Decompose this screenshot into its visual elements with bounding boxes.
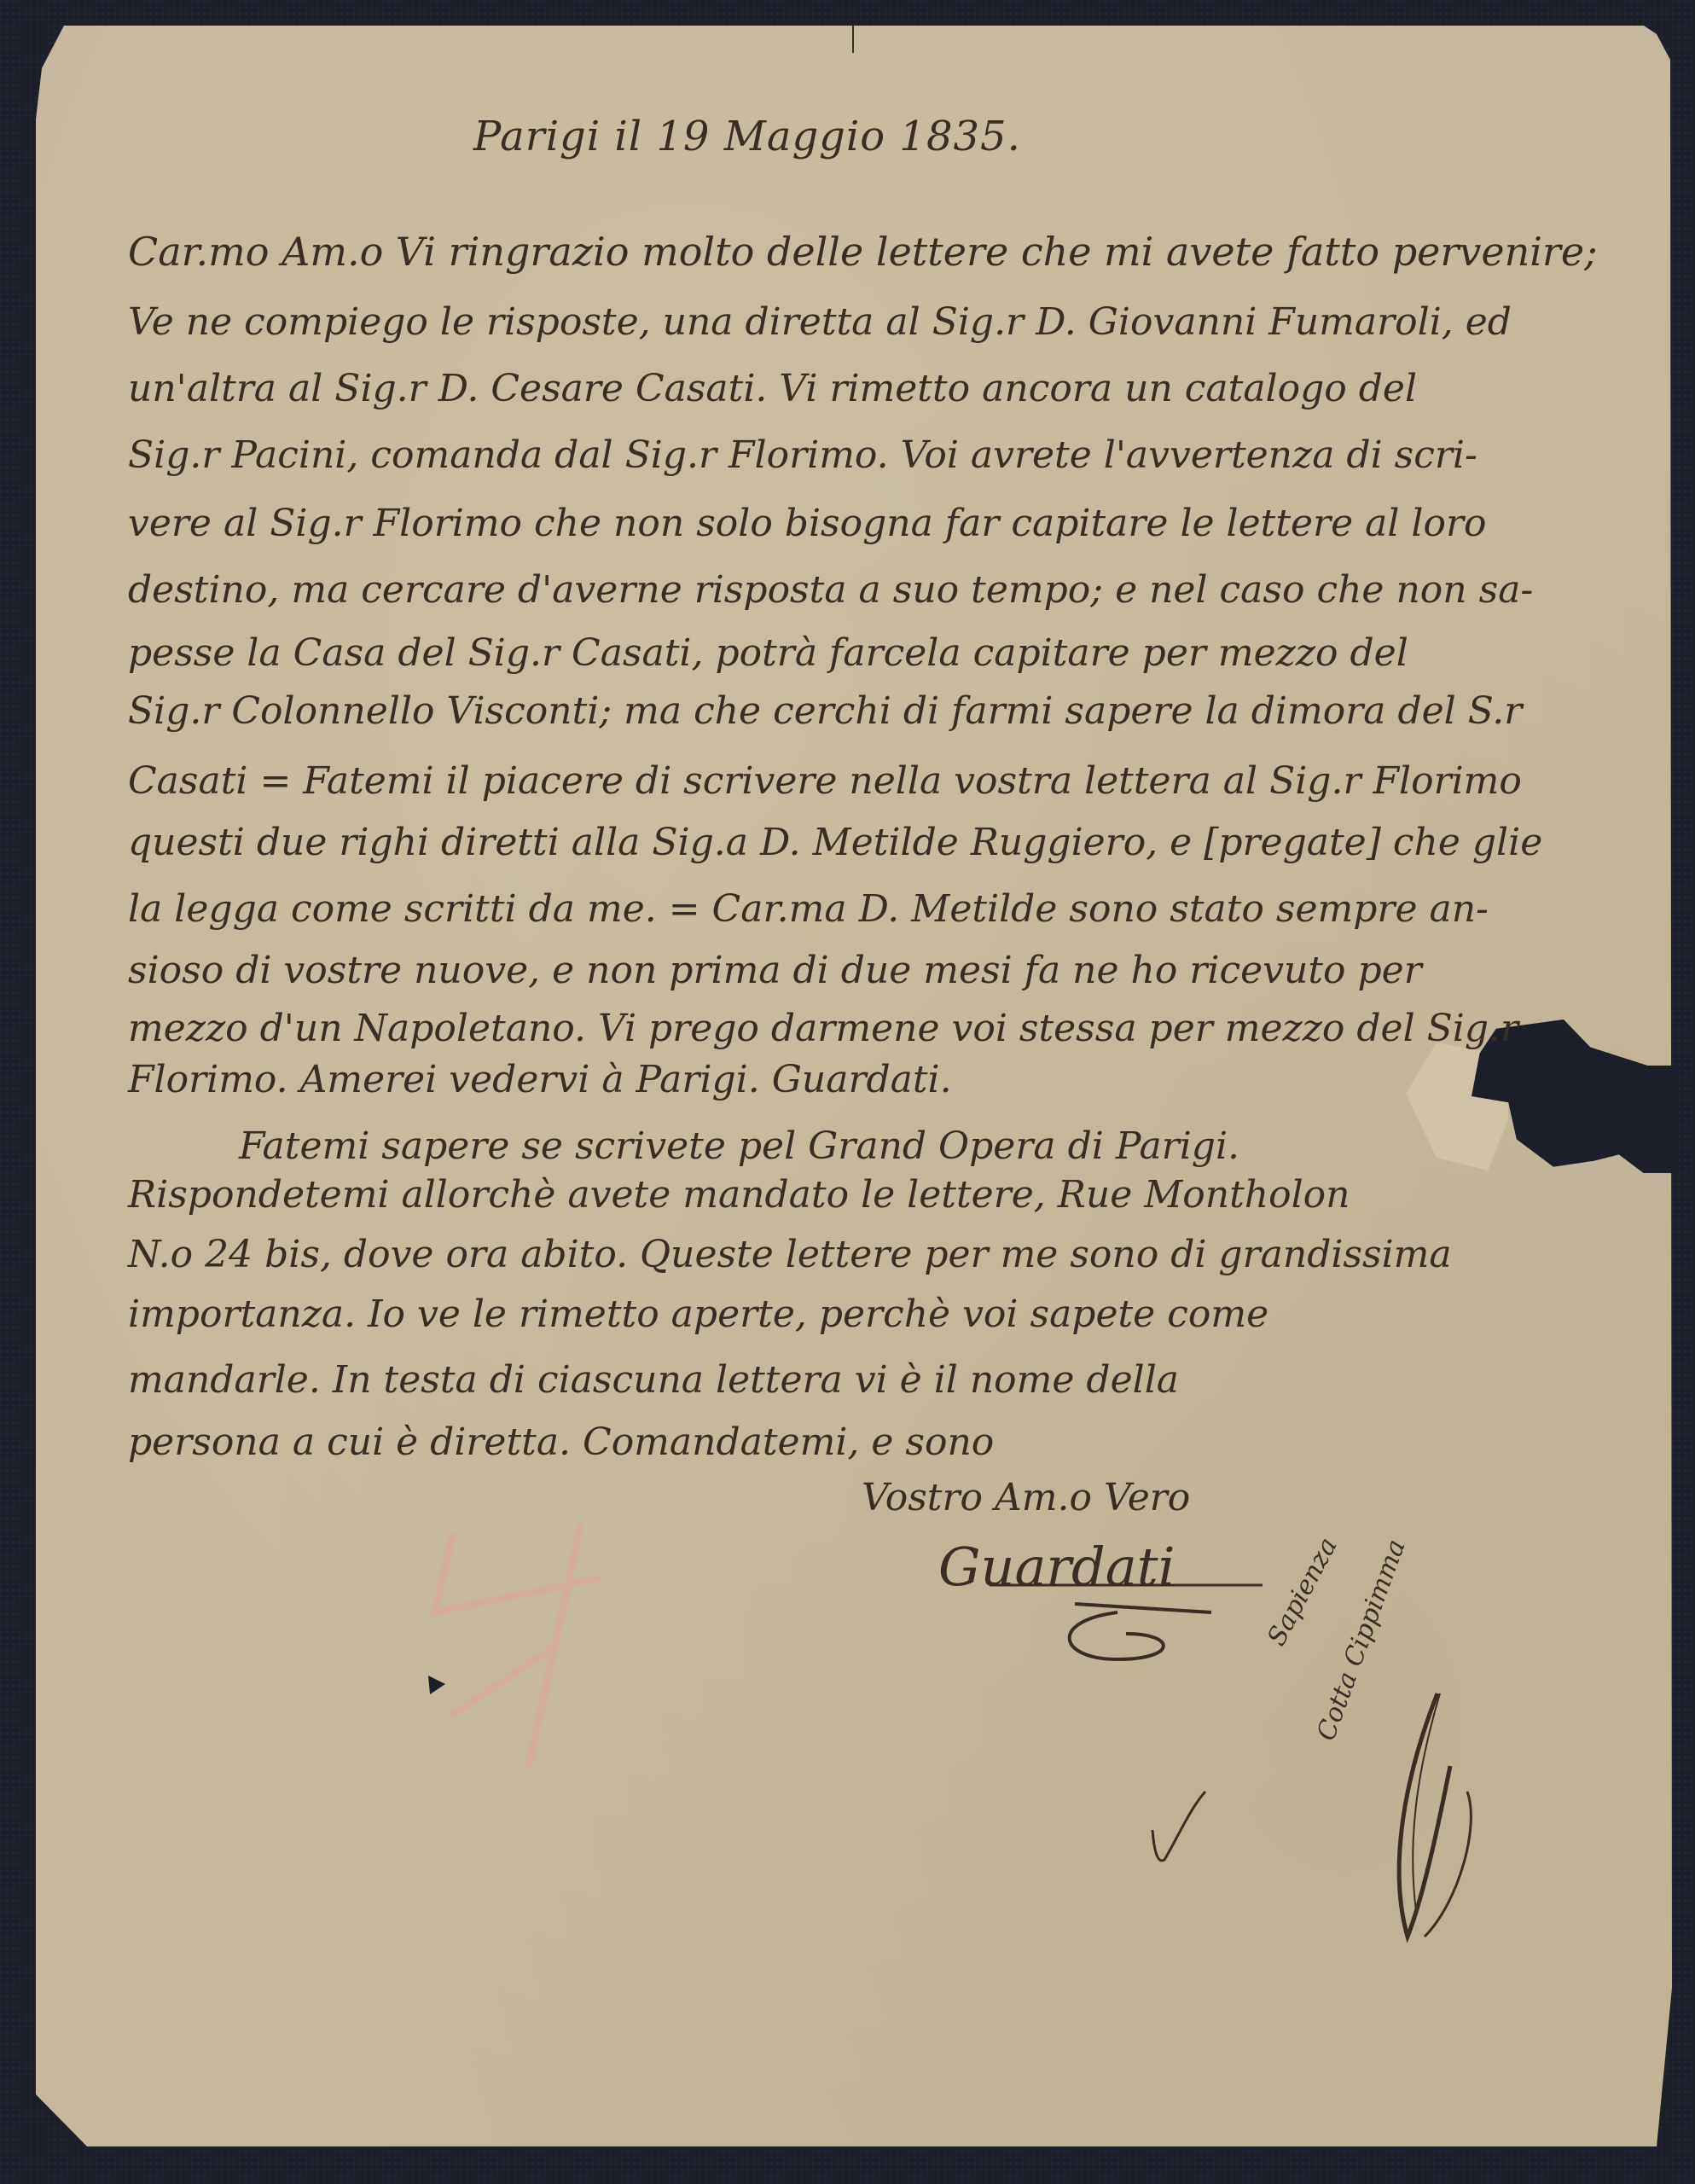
- body-line: Car.mo Am.o Vi ringrazio molto delle let…: [128, 229, 1598, 275]
- body-line: questi due righi diretti alla Sig.a D. M…: [128, 821, 1542, 864]
- body-line: N.o 24 bis, dove ora abito. Queste lette…: [128, 1233, 1452, 1276]
- body-line: vere al Sig.r Florimo che non solo bisog…: [128, 502, 1487, 545]
- body-line: mezzo d'un Napoletano. Vi prego darmene …: [128, 1007, 1518, 1050]
- signature-flourish: [981, 1578, 1288, 1672]
- body-line: Florimo. Amerei vedervi à Parigi. Guarda…: [128, 1058, 952, 1101]
- body-line: pesse la Casa del Sig.r Casati, potrà fa…: [128, 631, 1408, 675]
- body-line: la legga come scritti da me. = Car.ma D.…: [128, 887, 1489, 931]
- black-triangle-mark: [427, 1674, 452, 1699]
- closing: Vostro Am.o Vero: [862, 1476, 1190, 1519]
- body-line: Sig.r Colonnello Visconti; ma che cerchi…: [128, 689, 1522, 733]
- ink-scrawl-mark: [1365, 1689, 1484, 1945]
- body-line: un'altra al Sig.r D. Cesare Casati. Vi r…: [128, 367, 1417, 410]
- top-edge-mark: [852, 26, 854, 53]
- body-line: Ve ne compiego le risposte, una diretta …: [128, 300, 1512, 344]
- checkmark-icon: [1147, 1783, 1207, 1868]
- body-line: importanza. Io ve le rimetto aperte, per…: [128, 1292, 1268, 1336]
- red-pencil-mark: [427, 1519, 631, 1774]
- body-line: destino, ma cercare d'averne risposta a …: [128, 568, 1533, 612]
- body-line: persona a cui è diretta. Comandatemi, e …: [128, 1420, 994, 1464]
- body-line: sioso di vostre nuove, e non prima di du…: [128, 949, 1422, 992]
- body-line: Fatemi sapere se scrivete pel Grand Oper…: [239, 1124, 1239, 1168]
- body-line: Sig.r Pacini, comanda dal Sig.r Florimo.…: [128, 433, 1477, 477]
- dateline: Parigi il 19 Maggio 1835.: [473, 113, 1021, 160]
- body-line: Rispondetemi allorchè avete mandato le l…: [128, 1173, 1350, 1217]
- body-line: Casati = Fatemi il piacere di scrivere n…: [128, 759, 1522, 803]
- body-line: mandarle. In testa di ciascuna lettera v…: [128, 1358, 1179, 1402]
